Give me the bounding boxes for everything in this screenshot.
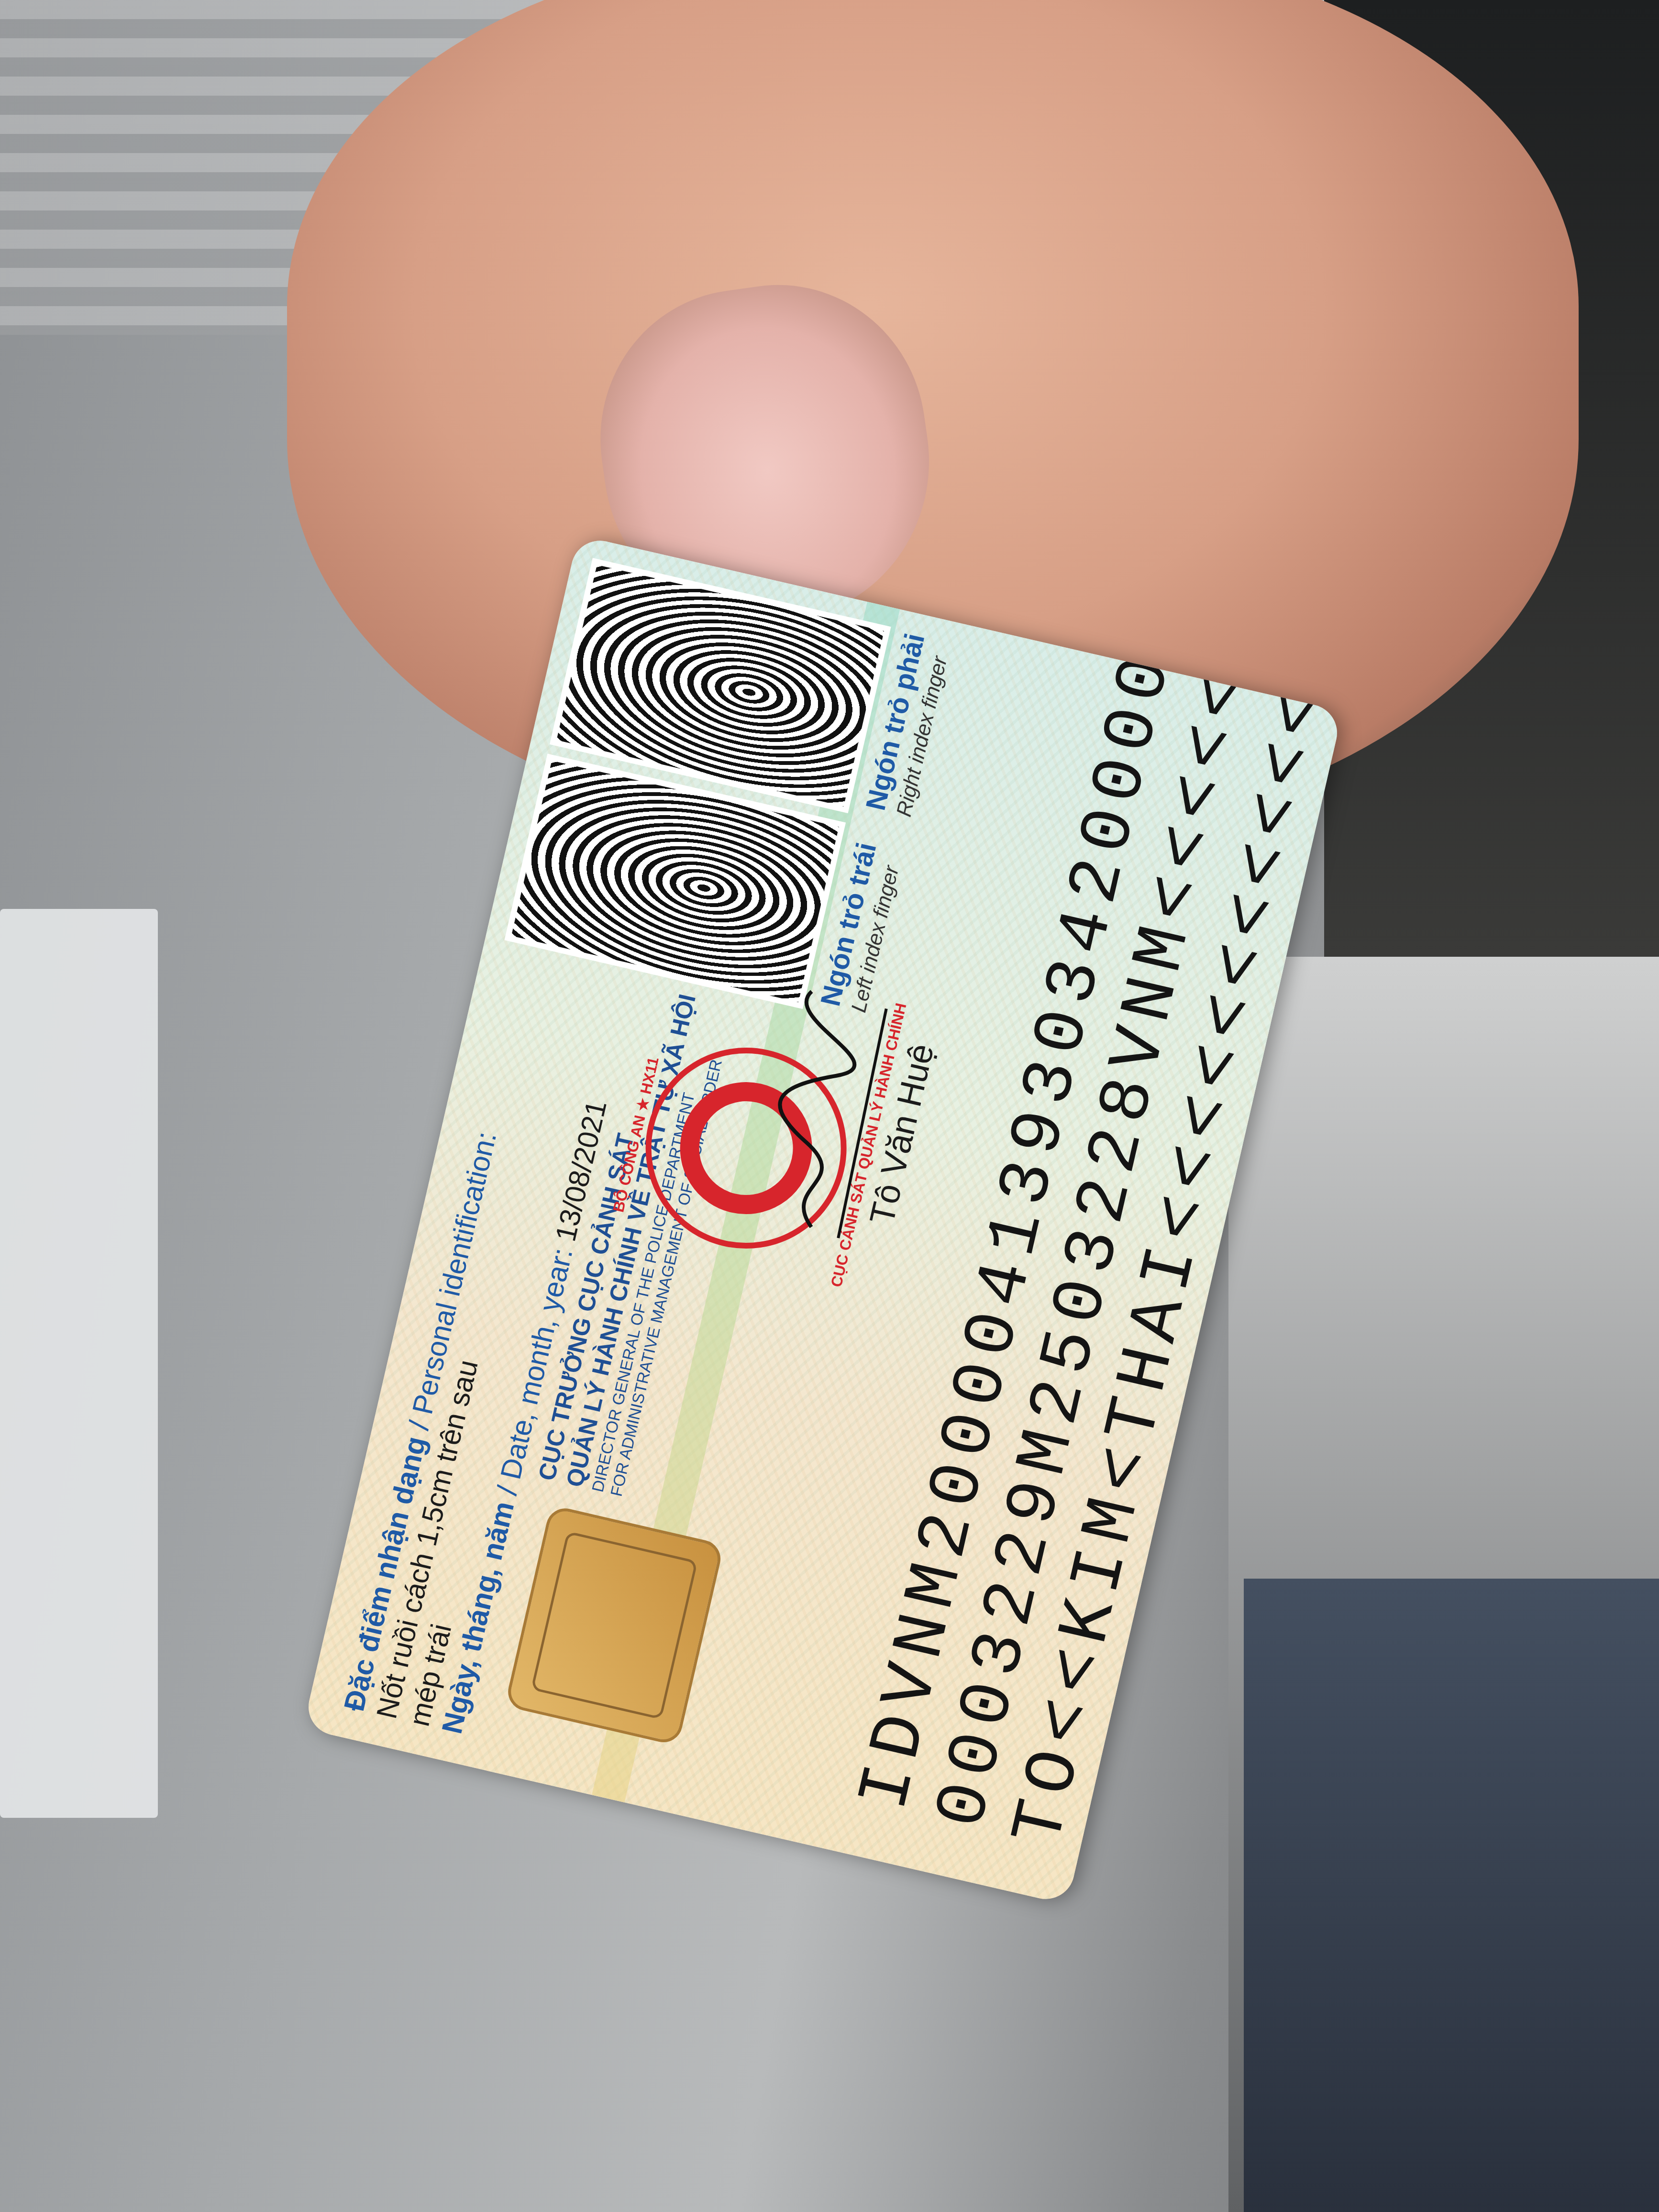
blue-fabric-background	[1244, 1579, 1659, 2212]
issue-date-label: Ngày, tháng, năm	[436, 1498, 520, 1736]
smart-chip	[504, 1504, 724, 1746]
paper-background	[0, 909, 158, 1818]
id-card-back: Ngón trỏ trái Left index finger Ngón trỏ…	[303, 535, 1343, 1904]
